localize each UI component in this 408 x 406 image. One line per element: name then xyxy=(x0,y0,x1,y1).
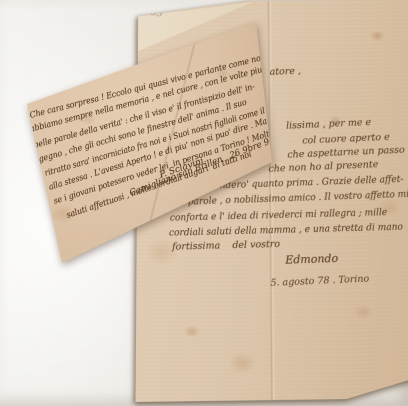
letter-line: che aspettarne un passo . xyxy=(287,144,408,160)
postcard: Che cara sorpresa ! Eccolo qui quasi viv… xyxy=(18,14,300,272)
scan-background: 55 atore , lissima , per me e col cuore … xyxy=(0,0,408,406)
postcard-paper: Che cara sorpresa ! Eccolo qui quasi viv… xyxy=(18,14,300,272)
letter-date: 5. agosto 78 . Torino xyxy=(270,273,369,288)
letter-line: col cuore aperto e xyxy=(302,132,390,147)
